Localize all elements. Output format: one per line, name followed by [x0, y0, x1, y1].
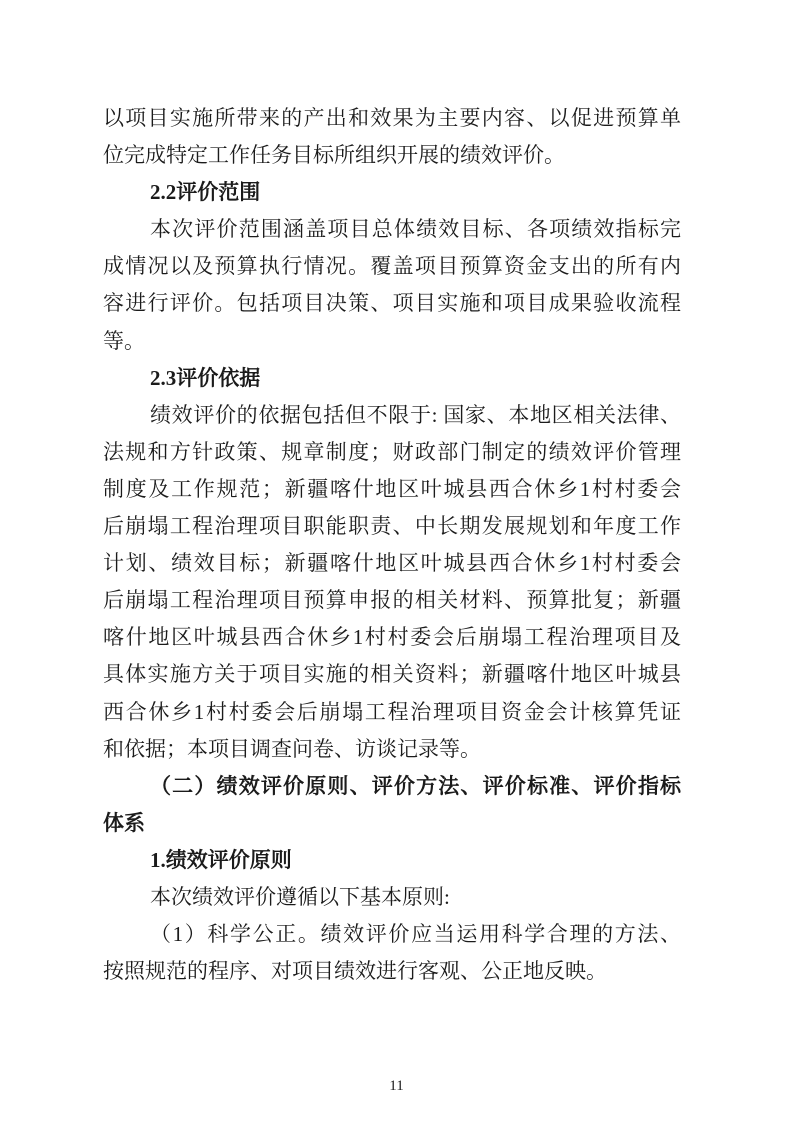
body-line: 位完成特定工作任务目标所组织开展的绩效评价。	[103, 137, 681, 174]
body-line: 等。	[103, 323, 681, 360]
body-line: 计划、绩效目标；新疆喀什地区叶城县西合休乡1村村委会	[103, 545, 681, 582]
body-line: （1）科学公正。绩效评价应当运用科学合理的方法、	[103, 916, 681, 953]
document-body: 以项目实施所带来的产出和效果为主要内容、以促进预算单 位完成特定工作任务目标所组…	[103, 100, 681, 990]
body-line: 成情况以及预算执行情况。覆盖项目预算资金支出的所有内	[103, 248, 681, 285]
body-line: 法规和方针政策、规章制度；财政部门制定的绩效评价管理	[103, 434, 681, 471]
section-heading-2: （二）绩效评价原则、评价方法、评价标准、评价指标	[103, 768, 681, 805]
page-number: 11	[0, 1076, 793, 1096]
body-line: 和依据；本项目调查问卷、访谈记录等。	[103, 731, 681, 768]
body-line: 绩效评价的依据包括但不限于: 国家、本地区相关法律、	[103, 397, 681, 434]
section-heading-principles: 1.绩效评价原则	[103, 842, 681, 879]
body-line: 后崩塌工程治理项目职能职责、中长期发展规划和年度工作	[103, 508, 681, 545]
body-line: 西合休乡1村村委会后崩塌工程治理项目资金会计核算凭证	[103, 694, 681, 731]
body-line: 后崩塌工程治理项目预算申报的相关材料、预算批复；新疆	[103, 582, 681, 619]
body-line: 以项目实施所带来的产出和效果为主要内容、以促进预算单	[103, 100, 681, 137]
section-heading-2-2: 2.2评价范围	[103, 174, 681, 211]
body-line: 本次绩效评价遵循以下基本原则:	[103, 879, 681, 916]
body-line: 容进行评价。包括项目决策、项目实施和项目成果验收流程	[103, 285, 681, 322]
body-line: 本次评价范围涵盖项目总体绩效目标、各项绩效指标完	[103, 211, 681, 248]
body-line: 按照规范的程序、对项目绩效进行客观、公正地反映。	[103, 953, 681, 990]
body-line: 制度及工作规范；新疆喀什地区叶城县西合休乡1村村委会	[103, 471, 681, 508]
document-page: 以项目实施所带来的产出和效果为主要内容、以促进预算单 位完成特定工作任务目标所组…	[0, 0, 793, 1122]
body-line: 喀什地区叶城县西合休乡1村村委会后崩塌工程治理项目及	[103, 619, 681, 656]
body-line: 具体实施方关于项目实施的相关资料；新疆喀什地区叶城县	[103, 656, 681, 693]
section-heading-2-cont: 体系	[103, 805, 681, 842]
section-heading-2-3: 2.3评价依据	[103, 360, 681, 397]
